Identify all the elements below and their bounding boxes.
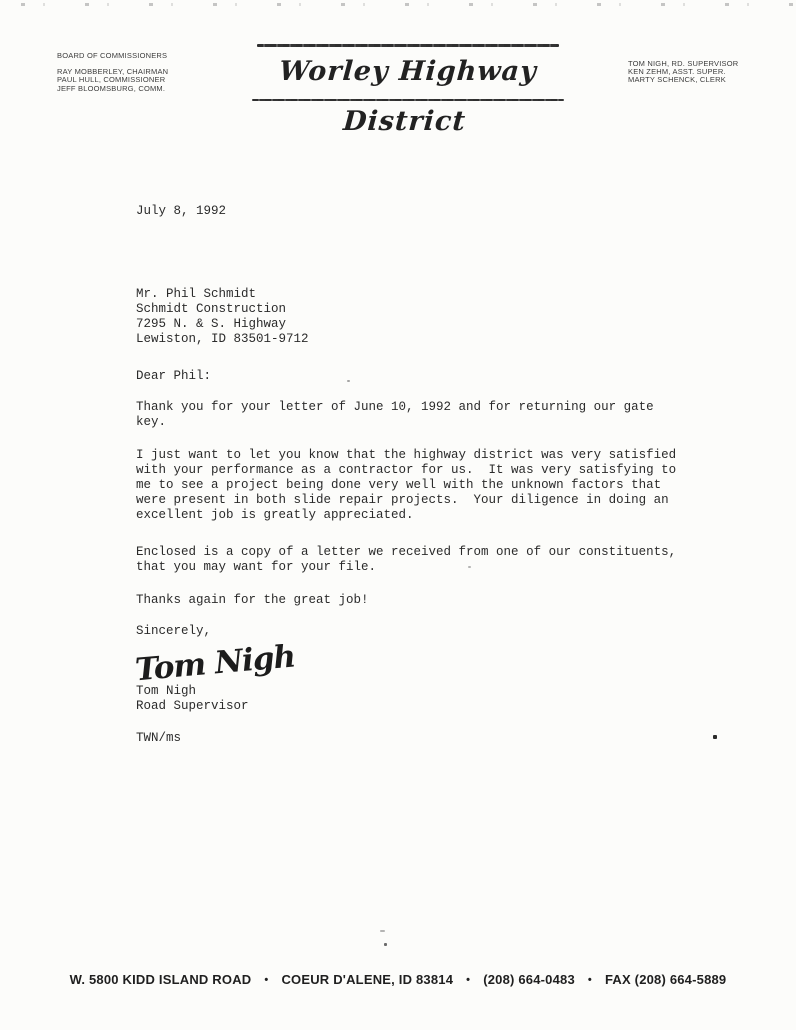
bullet-separator: • xyxy=(264,974,268,986)
footer-address-line: W. 5800 KIDD ISLAND ROAD•COEUR D'ALENE, … xyxy=(0,972,796,987)
footer-street: W. 5800 KIDD ISLAND ROAD xyxy=(70,972,252,987)
scan-artifact xyxy=(384,943,387,946)
letter-page: BOARD OF COMMISSIONERS RAY MOBBERLEY, CH… xyxy=(0,0,796,1030)
signed-name: Tom Nigh xyxy=(136,684,736,699)
letter-date: July 8, 1992 xyxy=(136,204,736,219)
bullet-separator: • xyxy=(588,974,592,986)
scan-artifact xyxy=(0,3,796,6)
signature-text: Tom Nigh xyxy=(134,644,297,688)
recipient-address: Mr. Phil Schmidt Schmidt Construction 72… xyxy=(136,287,736,347)
salutation: Dear Phil: xyxy=(136,369,736,384)
footer-phone: (208) 664-0483 xyxy=(483,972,575,987)
body-paragraph: Thanks again for the great job! xyxy=(136,593,736,608)
closing: Sincerely, xyxy=(136,624,736,639)
bullet-separator: • xyxy=(466,974,470,986)
footer-city: COEUR D'ALENE, ID 83814 xyxy=(281,972,453,987)
staff-name: MARTY SCHENCK, CLERK xyxy=(628,76,788,84)
reference-initials: TWN/ms xyxy=(136,731,736,746)
letterhead-right-block: TOM NIGH, RD. SUPERVISOR KEN ZEHM, ASST.… xyxy=(628,60,788,85)
body-paragraph: Thank you for your letter of June 10, 19… xyxy=(136,400,736,430)
scan-artifact xyxy=(380,930,385,932)
body-paragraph: I just want to let you know that the hig… xyxy=(136,448,736,523)
letterhead-left-block: BOARD OF COMMISSIONERS RAY MOBBERLEY, CH… xyxy=(57,52,237,93)
district-title: Worley Highway District xyxy=(250,47,565,97)
body-paragraph: Enclosed is a copy of a letter we receiv… xyxy=(136,545,736,575)
footer-fax: FAX (208) 664-5889 xyxy=(605,972,726,987)
board-of-commissioners-title: BOARD OF COMMISSIONERS xyxy=(57,52,237,60)
signed-title: Road Supervisor xyxy=(136,699,736,714)
commissioner-name: JEFF BLOOMSBURG, COMM. xyxy=(57,85,237,93)
letterhead-center-block: Worley Highway District xyxy=(252,44,564,101)
